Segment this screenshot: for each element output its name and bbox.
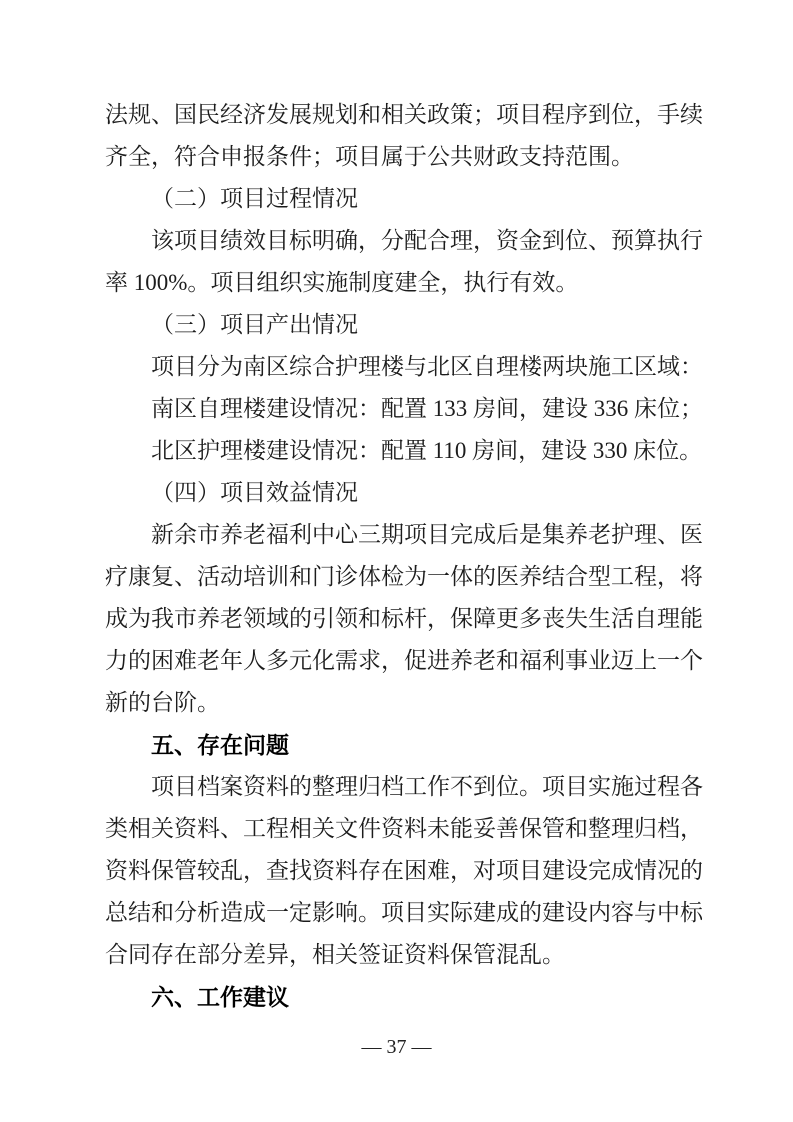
subheading: （三）项目产出情况 [105,304,705,346]
body-line: 该项目绩效目标明确，分配合理，资金到位、预算执行 [105,220,705,262]
document-body: 法规、国民经济发展规划和相关政策；项目程序到位，手续 齐全，符合申报条件；项目属… [105,94,705,1018]
body-line: 资料保管较乱，查找资料存在困难，对项目建设完成情况的 [105,850,705,892]
body-line: 疗康复、活动培训和门诊体检为一体的医养结合型工程，将 [105,556,705,598]
body-line: 北区护理楼建设情况：配置 110 房间，建设 330 床位。 [105,430,705,472]
body-line: 项目分为南区综合护理楼与北区自理楼两块施工区域： [105,346,705,388]
body-line: 力的困难老年人多元化需求，促进养老和福利事业迈上一个 [105,640,705,682]
subheading: （二）项目过程情况 [105,178,705,220]
body-line: 总结和分析造成一定影响。项目实际建成的建设内容与中标 [105,892,705,934]
body-line: 合同存在部分差异，相关签证资料保管混乱。 [105,934,705,976]
body-line: 齐全，符合申报条件；项目属于公共财政支持范围。 [105,136,705,178]
body-line: 新的台阶。 [105,682,705,724]
body-line: 法规、国民经济发展规划和相关政策；项目程序到位，手续 [105,94,705,136]
subheading: （四）项目效益情况 [105,472,705,514]
body-line: 项目档案资料的整理归档工作不到位。项目实施过程各 [105,766,705,808]
page-number: — 37 — [0,1034,793,1060]
section-heading: 五、存在问题 [105,724,705,766]
body-line: 新余市养老福利中心三期项目完成后是集养老护理、医 [105,514,705,556]
body-line: 成为我市养老领域的引领和标杆，保障更多丧失生活自理能 [105,598,705,640]
body-line: 类相关资料、工程相关文件资料未能妥善保管和整理归档， [105,808,705,850]
document-page: 法规、国民经济发展规划和相关政策；项目程序到位，手续 齐全，符合申报条件；项目属… [0,0,793,1122]
body-line: 率 100%。项目组织实施制度建全，执行有效。 [105,262,705,304]
body-line: 南区自理楼建设情况：配置 133 房间，建设 336 床位； [105,388,705,430]
section-heading: 六、工作建议 [105,976,705,1018]
